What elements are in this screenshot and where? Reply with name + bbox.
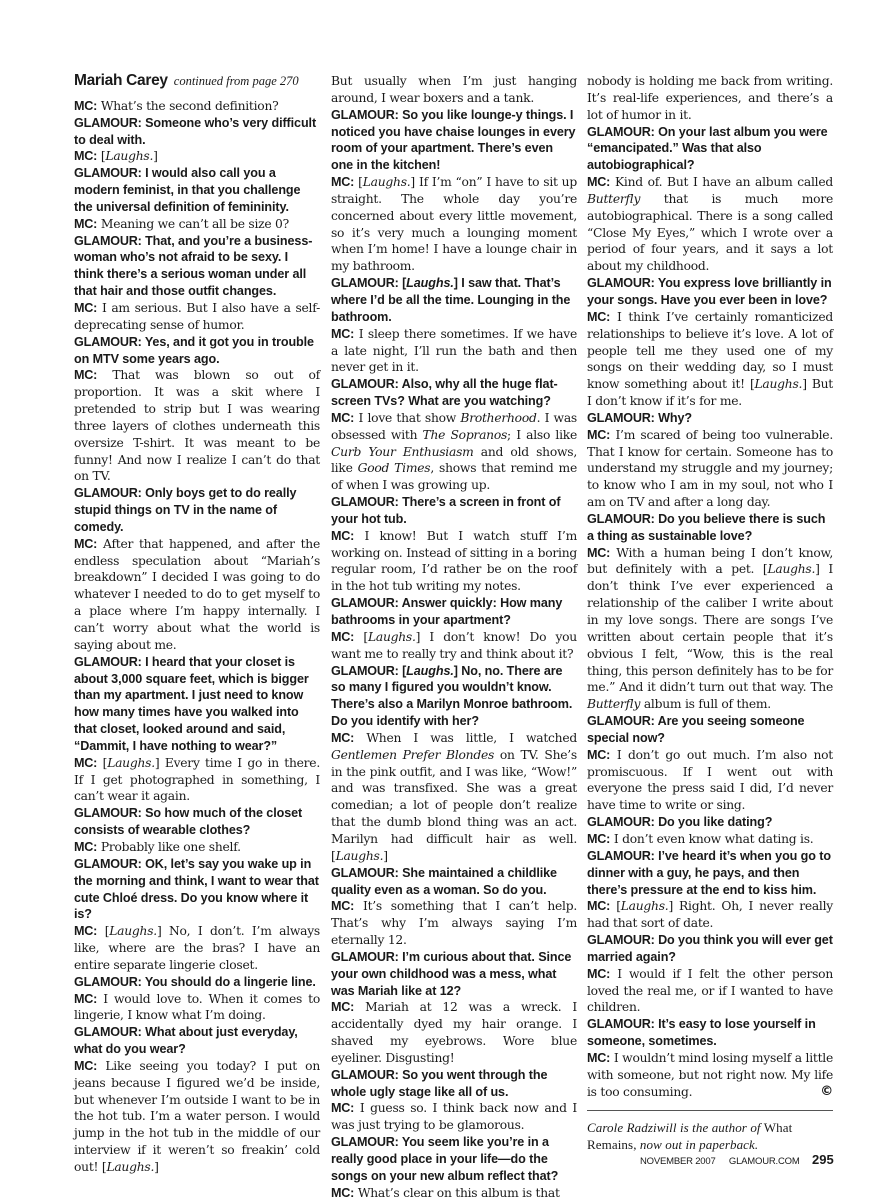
speaker-label: GLAMOUR:	[74, 335, 142, 349]
interviewee-answer: MC: I don’t go out much. I’m also not pr…	[587, 747, 833, 814]
speaker-label: MC:	[74, 149, 97, 163]
work-title: Gentlemen Prefer Blondes	[331, 748, 494, 762]
interviewee-answer: MC: I guess so. I think back now and I w…	[331, 1100, 577, 1134]
page-footer: NOVEMBER 2007 GLAMOUR.COM 295	[640, 1151, 830, 1169]
article-title: Mariah Carey	[74, 72, 168, 89]
interviewee-answer: MC: I would if I felt the other person l…	[587, 966, 833, 1017]
interviewer-question: GLAMOUR: I would also call you a modern …	[74, 165, 320, 216]
end-of-article-icon: ©	[820, 1084, 833, 1100]
speaker-label: MC:	[331, 327, 354, 341]
speaker-label: MC:	[331, 175, 354, 189]
interviewer-question: GLAMOUR: That, and you’re a business-wom…	[74, 233, 320, 300]
speaker-label: GLAMOUR:	[587, 276, 655, 290]
speaker-label: GLAMOUR:	[331, 950, 399, 964]
speaker-label: GLAMOUR:	[331, 1068, 399, 1082]
speaker-label: GLAMOUR:	[331, 596, 399, 610]
site-url: GLAMOUR.COM	[729, 1156, 800, 1167]
interviewer-question: GLAMOUR: I heard that your closet is abo…	[74, 654, 320, 755]
interviewee-answer: MC: Probably like one shelf.	[74, 839, 320, 856]
interviewee-answer: MC: I am serious. But I also have a self…	[74, 300, 320, 334]
speaker-label: GLAMOUR:	[331, 377, 399, 391]
interviewee-answer: MC: I know! But I watch stuff I’m workin…	[331, 528, 577, 595]
column-1-body: MC: What’s the second definition?GLAMOUR…	[74, 98, 320, 1176]
speaker-label: GLAMOUR:	[331, 276, 399, 290]
bio-text-1: Carole Radziwill is the author of	[587, 1120, 761, 1135]
speaker-label: MC:	[587, 310, 610, 324]
interviewee-answer: MC: [Laughs.] Right. Oh, I never really …	[587, 898, 833, 932]
speaker-label: MC:	[331, 731, 354, 745]
interviewee-answer: MC: Kind of. But I have an album called …	[587, 174, 833, 275]
interviewer-question: GLAMOUR: Are you seeing someone special …	[587, 713, 833, 747]
interviewee-answer: MC: After that happened, and after the e…	[74, 536, 320, 654]
interviewer-question: GLAMOUR: You express love brilliantly in…	[587, 275, 833, 309]
interviewer-question: GLAMOUR: I’ve heard it’s when you go to …	[587, 848, 833, 899]
speaker-label: MC:	[331, 1000, 354, 1014]
interviewer-question: GLAMOUR: She maintained a childlike qual…	[331, 865, 577, 899]
speaker-label: MC:	[587, 546, 610, 560]
interviewer-question: GLAMOUR: On your last album you were “em…	[587, 124, 833, 175]
laughs-interjection: Laughs.	[109, 924, 157, 938]
author-bio: Carole Radziwill is the author of What R…	[587, 1119, 833, 1153]
speaker-label: GLAMOUR:	[587, 125, 655, 139]
interviewer-question: GLAMOUR: Why?	[587, 410, 833, 427]
laughs-interjection: Laughs.	[336, 849, 384, 863]
interviewee-answer: MC: Mariah at 12 was a wreck. I accident…	[331, 999, 577, 1066]
interviewer-question: GLAMOUR: It’s easy to lose yourself in s…	[587, 1016, 833, 1050]
continuation-note: continued from page 270	[174, 74, 299, 88]
interviewee-answer: MC: [Laughs.] I don’t know! Do you want …	[331, 629, 577, 663]
article-column-1: Mariah Careycontinued from page 270 MC: …	[74, 73, 320, 1176]
speaker-label: MC:	[331, 899, 354, 913]
speaker-label: MC:	[587, 175, 610, 189]
bio-divider	[587, 1110, 833, 1111]
work-title: Butterfly	[587, 697, 640, 711]
interviewer-question: GLAMOUR: I’m curious about that. Since y…	[331, 949, 577, 1000]
speaker-label: MC:	[74, 99, 97, 113]
speaker-label: MC:	[74, 992, 97, 1006]
work-title: Good Times	[358, 461, 431, 475]
work-title: Curb Your Enthusiasm	[331, 445, 474, 459]
interviewer-question: GLAMOUR: Answer quickly: How many bathro…	[331, 595, 577, 629]
interviewer-question: GLAMOUR: So you like lounge-y things. I …	[331, 107, 577, 174]
laughs-interjection: Laughs.	[406, 664, 454, 678]
speaker-label: GLAMOUR:	[74, 655, 142, 669]
interviewer-question: GLAMOUR: Also, why all the huge flat-scr…	[331, 376, 577, 410]
speaker-label: MC:	[587, 748, 610, 762]
speaker-label: MC:	[587, 428, 610, 442]
speaker-label: GLAMOUR:	[74, 234, 142, 248]
speaker-label: GLAMOUR:	[331, 1135, 399, 1149]
interviewee-answer: MC: I sleep there sometimes. If we have …	[331, 326, 577, 377]
laughs-interjection: Laughs.	[107, 756, 155, 770]
issue-date: NOVEMBER 2007	[640, 1156, 716, 1167]
interviewee-answer: MC: It’s something that I can’t help. Th…	[331, 898, 577, 949]
interviewer-question: GLAMOUR: Do you believe there is such a …	[587, 511, 833, 545]
interviewee-answer: MC: When I was little, I watched Gentlem…	[331, 730, 577, 865]
speaker-label: GLAMOUR:	[587, 512, 655, 526]
interviewee-answer: MC: [Laughs.] No, I don’t. I’m always li…	[74, 923, 320, 974]
interviewer-question: GLAMOUR: What about just everyday, what …	[74, 1024, 320, 1058]
bio-book-title-2: Remains,	[587, 1137, 637, 1152]
interviewer-question: GLAMOUR: Only boys get to do really stup…	[74, 485, 320, 536]
speaker-label: MC:	[331, 630, 354, 644]
interviewer-question: GLAMOUR: There’s a screen in front of yo…	[331, 494, 577, 528]
interviewee-answer: MC: Meaning we can’t all be size 0?	[74, 216, 320, 233]
work-title: The Sopranos	[423, 428, 507, 442]
speaker-label: GLAMOUR:	[331, 495, 399, 509]
interviewee-answer: MC: Like seeing you today? I put on jean…	[74, 1058, 320, 1176]
interviewee-answer: nobody is holding me back from writing. …	[587, 73, 833, 124]
interviewee-answer: MC: [Laughs.] Every time I go in there. …	[74, 755, 320, 806]
speaker-label: MC:	[587, 967, 610, 981]
speaker-label: MC:	[74, 756, 97, 770]
bio-book-title-1: What	[764, 1120, 793, 1135]
speaker-label: MC:	[74, 840, 97, 854]
column-3-body: nobody is holding me back from writing. …	[587, 73, 833, 1100]
interviewer-question: GLAMOUR: Do you like dating?	[587, 814, 833, 831]
laughs-interjection: Laughs.	[406, 276, 454, 290]
speaker-label: GLAMOUR:	[74, 166, 142, 180]
speaker-label: MC:	[331, 529, 354, 543]
speaker-label: MC:	[587, 899, 610, 913]
interviewee-answer: MC: I think I’ve certainly romanticized …	[587, 309, 833, 410]
speaker-label: GLAMOUR:	[587, 933, 655, 947]
interviewer-question: GLAMOUR: [Laughs.] No, no. There are so …	[331, 663, 577, 730]
interviewer-question: GLAMOUR: You seem like you’re in a reall…	[331, 1134, 577, 1185]
interviewee-answer: But usually when I’m just hanging around…	[331, 73, 577, 107]
interviewee-answer: MC: What’s clear on this album is that	[331, 1185, 577, 1200]
interviewee-answer: MC: I’m scared of being too vulnerable. …	[587, 427, 833, 511]
column-2-body: But usually when I’m just hanging around…	[331, 73, 577, 1200]
article-column-2: But usually when I’m just hanging around…	[331, 73, 577, 1200]
interviewer-question: GLAMOUR: So you went through the whole u…	[331, 1067, 577, 1101]
speaker-label: GLAMOUR:	[74, 806, 142, 820]
speaker-label: GLAMOUR:	[331, 866, 399, 880]
interviewer-question: GLAMOUR: Someone who’s very difficult to…	[74, 115, 320, 149]
magazine-page: Mariah Careycontinued from page 270 MC: …	[0, 0, 882, 1200]
article-header: Mariah Careycontinued from page 270	[74, 73, 320, 90]
interviewee-answer: MC: With a human being I don’t know, but…	[587, 545, 833, 713]
speaker-label: GLAMOUR:	[587, 714, 655, 728]
speaker-label: MC:	[74, 924, 97, 938]
laughs-interjection: Laughs.	[621, 899, 669, 913]
speaker-label: GLAMOUR:	[74, 486, 142, 500]
speaker-label: MC:	[331, 1186, 354, 1200]
interviewee-answer: MC: I don’t even know what dating is.	[587, 831, 833, 848]
interviewee-answer: MC: [Laughs.] If I’m “on” I have to sit …	[331, 174, 577, 275]
speaker-label: GLAMOUR:	[74, 116, 142, 130]
work-title: Brotherhood	[460, 411, 536, 425]
speaker-label: MC:	[74, 368, 97, 382]
interviewer-question: GLAMOUR: Do you think you will ever get …	[587, 932, 833, 966]
interviewee-answer: MC: I would love to. When it comes to li…	[74, 991, 320, 1025]
laughs-interjection: Laughs.	[363, 175, 411, 189]
speaker-label: MC:	[74, 537, 97, 551]
work-title: Butterfly	[587, 192, 640, 206]
interviewee-answer: MC: I wouldn’t mind losing myself a litt…	[587, 1050, 833, 1101]
speaker-label: MC:	[587, 832, 610, 846]
interviewer-question: GLAMOUR: You should do a lingerie line.	[74, 974, 320, 991]
interviewee-answer: MC: What’s the second definition?	[74, 98, 320, 115]
interviewer-question: GLAMOUR: Yes, and it got you in trouble …	[74, 334, 320, 368]
speaker-label: GLAMOUR:	[74, 1025, 142, 1039]
speaker-label: GLAMOUR:	[74, 857, 142, 871]
speaker-label: GLAMOUR:	[587, 411, 655, 425]
interviewer-question: GLAMOUR: OK, let’s say you wake up in th…	[74, 856, 320, 923]
speaker-label: MC:	[587, 1051, 610, 1065]
speaker-label: GLAMOUR:	[74, 975, 142, 989]
laughs-interjection: Laughs.	[767, 562, 815, 576]
speaker-label: GLAMOUR:	[587, 815, 655, 829]
laughs-interjection: Laughs.	[368, 630, 416, 644]
interviewer-question: GLAMOUR: So how much of the closet consi…	[74, 805, 320, 839]
speaker-label: MC:	[74, 217, 97, 231]
interviewee-answer: MC: [Laughs.]	[74, 148, 320, 165]
speaker-label: MC:	[74, 301, 97, 315]
speaker-label: GLAMOUR:	[587, 1017, 655, 1031]
laughs-interjection: Laughs.	[105, 149, 153, 163]
speaker-label: MC:	[74, 1059, 97, 1073]
speaker-label: GLAMOUR:	[331, 664, 399, 678]
interviewee-answer: MC: That was blown so out of proportion.…	[74, 367, 320, 485]
laughs-interjection: Laughs.	[106, 1160, 154, 1174]
laughs-interjection: Laughs.	[755, 377, 803, 391]
speaker-label: MC:	[331, 411, 354, 425]
speaker-label: MC:	[331, 1101, 354, 1115]
speaker-label: GLAMOUR:	[587, 849, 655, 863]
article-column-3: nobody is holding me back from writing. …	[587, 73, 833, 1153]
speaker-label: GLAMOUR:	[331, 108, 399, 122]
page-number: 295	[812, 1152, 834, 1167]
interviewee-answer: MC: I love that show Brotherhood. I was …	[331, 410, 577, 494]
interviewer-question: GLAMOUR: [Laughs.] I saw that. That’s wh…	[331, 275, 577, 326]
